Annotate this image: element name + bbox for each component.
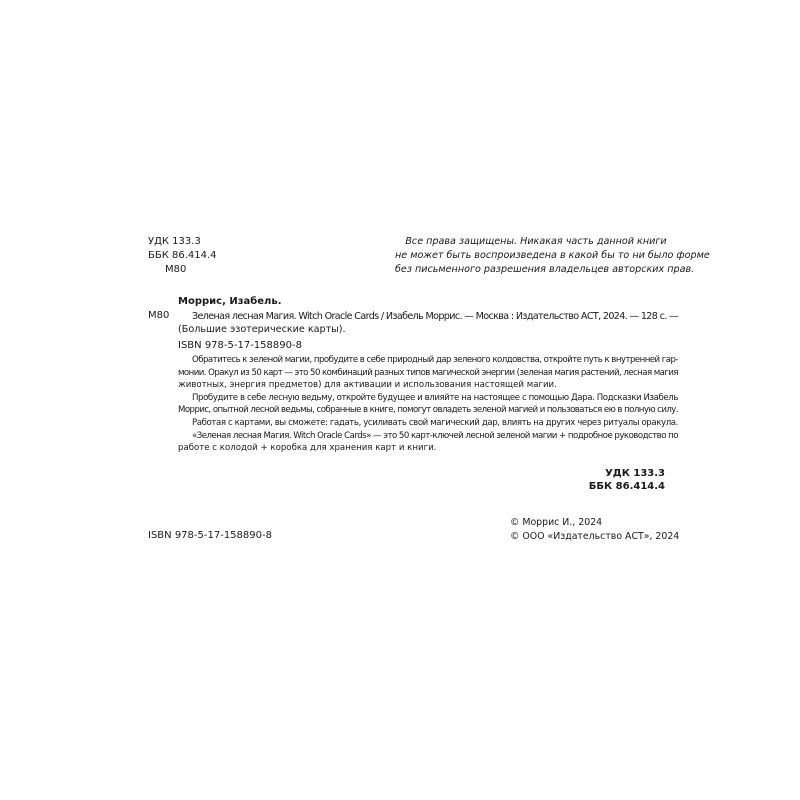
classification-codes-top: УДК 133.3 ББК 86.414.4 М80 (148, 235, 217, 277)
copyright-line: © ООО «Издательство АСТ», 2024 (510, 530, 679, 544)
footer-isbn: ISBN 978-5-17-158890-8 (148, 530, 272, 541)
annotation: Обратитесь к зеленой магии, пробудите в … (178, 354, 678, 455)
classification-codes-bottom: УДК 133.3 ББК 86.414.4 (520, 467, 665, 493)
copyright-line: © Моррис И., 2024 (510, 516, 679, 530)
annotation-line: Работая с картами, вы сможете: гадать, у… (178, 417, 678, 430)
bib-author: Моррис, Изабель. (178, 296, 282, 307)
udk-code: УДК 133.3 (148, 235, 217, 249)
rights-line: не может быть воспроизведена в какой бы … (395, 249, 677, 263)
bib-series-line: (Большие эзотерические карты). (178, 323, 346, 336)
rights-line: Все права защищены. Никакая часть данной… (395, 235, 677, 249)
annotation-line: животных, энергия предметов) для активац… (178, 379, 678, 392)
copyright-block: © Моррис И., 2024 © ООО «Издательство АС… (510, 516, 679, 543)
author-mark: М80 (148, 263, 217, 277)
annotation-line: работе с колодой + коробка для хранения … (178, 442, 678, 455)
udk-code: УДК 133.3 (520, 467, 665, 480)
annotation-line: Пробудите в себе лесную ведьму, откройте… (178, 392, 678, 405)
rights-line: без письменного разрешения владельцев ав… (395, 263, 677, 277)
rights-notice: Все права защищены. Никакая часть данной… (395, 235, 677, 277)
annotation-line: Обратитесь к зеленой магии, пробудите в … (178, 354, 678, 367)
bib-author-mark: М80 (148, 310, 169, 321)
annotation-line: «Зеленая лесная Магия. Witch Oracle Card… (178, 430, 678, 443)
annotation-line: монии. Оракул из 50 карт — это 50 комбин… (178, 367, 678, 380)
annotation-line: Моррис, опытной лесной ведьмы, собранные… (178, 404, 678, 417)
bbk-code: ББК 86.414.4 (520, 480, 665, 493)
bib-isbn: ISBN 978-5-17-158890-8 (178, 340, 302, 351)
bbk-code: ББК 86.414.4 (148, 249, 217, 263)
bib-title-line: Зеленая лесная Магия. Witch Oracle Cards… (178, 310, 678, 323)
